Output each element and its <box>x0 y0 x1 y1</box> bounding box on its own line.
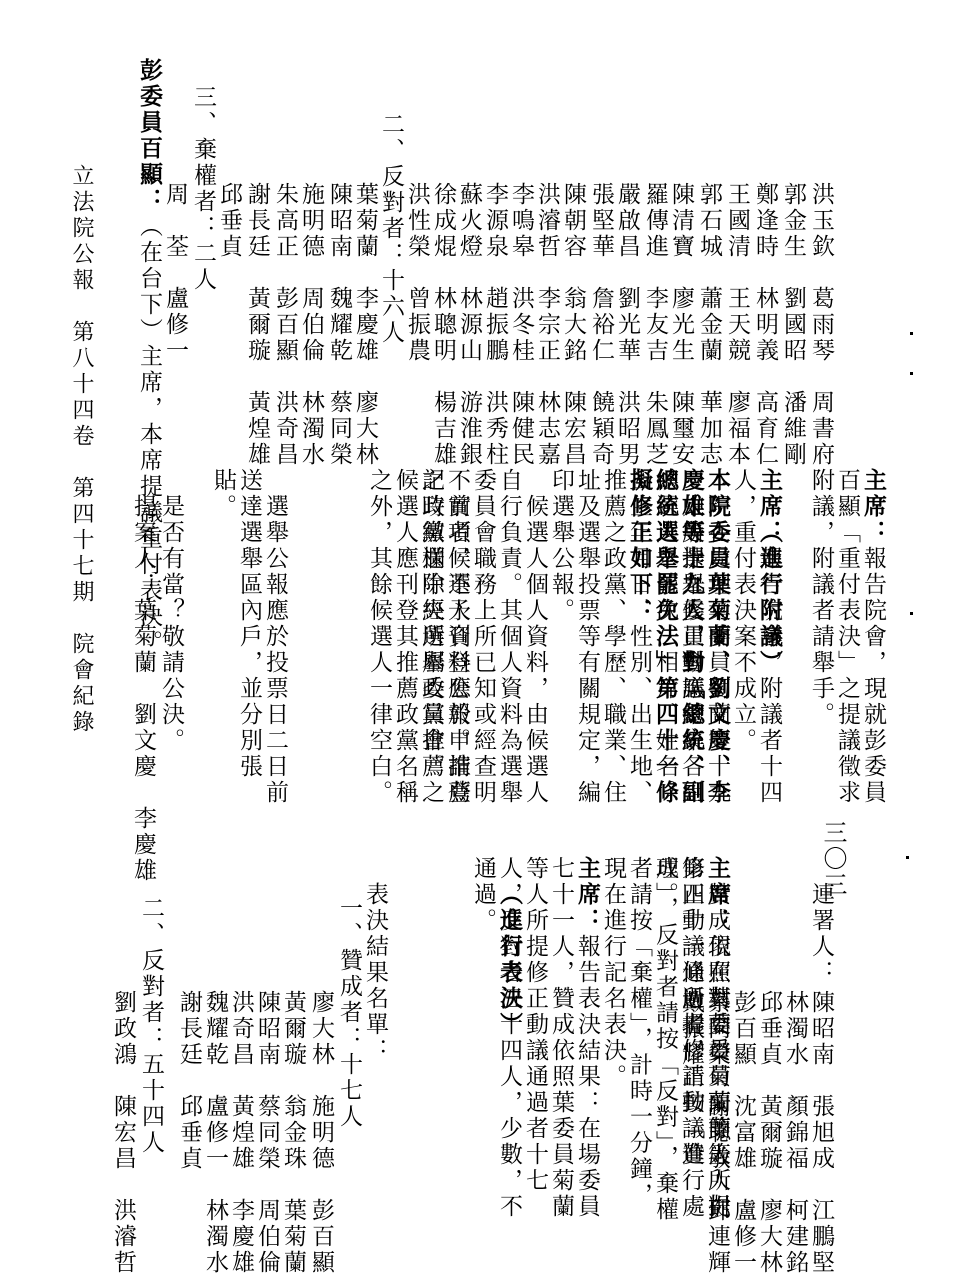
name-row: 謝長廷 黃爾璇 黃煌雄 <box>244 182 270 468</box>
name-row: 施明德 周伯倫 林濁水 <box>298 182 324 468</box>
name-row: 彭百顯 沈富雄 盧修一 <box>730 990 756 1276</box>
motion-paragraph-4: 選舉公報應於投票日二日前送達選舉區內戶，並分別張貼。 <box>210 468 288 830</box>
name-row: 邱垂貞 黃爾璇 廖大林 <box>756 990 782 1276</box>
name-row: 廖大林 施明德 彭百顯 <box>308 990 334 1276</box>
name-row: 洪性榮 曾振農 <box>404 182 430 364</box>
yes-heading: 一、贊成者：十七人 <box>336 896 362 1130</box>
name-row: 魏耀乾 盧修一 林濁水 <box>202 990 228 1276</box>
name-row: 洪奇昌 黃煌雄 李慶雄 <box>228 990 254 1276</box>
name-row: 郭石城 蕭金蘭 華加志 <box>696 182 722 468</box>
scan-dot <box>910 612 913 615</box>
name-row: 張堅華 詹裕仁 饒穎奇 <box>588 182 614 468</box>
motion-paragraph-5: 是否有當？敬請公決。 <box>158 494 184 754</box>
scan-dot <box>910 332 913 335</box>
peng-motion: 彭委員百顯：（在台下）主席，本席提議重付表決。 <box>136 58 162 488</box>
opposed-heading: 二、反對者：十六人 <box>378 112 404 346</box>
gazette-footer: 立法院公報 第八十四卷 第四十七期 院會紀錄 <box>66 164 97 736</box>
name-row: 陳昭南 蔡同榮 周伯倫 <box>254 990 280 1276</box>
name-row: 徐成焜 林聰明 楊吉雄 <box>430 182 456 468</box>
abstain-names: 周 荃 盧修一 <box>162 182 188 364</box>
chair-statement-2: 主席：報告院會，附議者十四人，重付表決案不成立。 <box>730 468 782 830</box>
name-row: 林濁水 顏錦福 柯建銘 <box>782 990 808 1276</box>
name-row: 蘇火燈 林源山 游淮銀 <box>456 182 482 468</box>
name-row: 朱高正 彭百顯 洪奇昌 <box>272 182 298 468</box>
name-row: 謝長廷 邱垂貞 <box>176 990 202 1172</box>
name-row: 洪玉欽 葛雨琴 周書府 <box>808 182 834 468</box>
name-row: 陳清寶 廖光生 陳璽安 <box>668 182 694 468</box>
name-row: 洪濬哲 李宗正 林志嘉 <box>534 182 560 468</box>
motion-paragraph-1: 中央選舉委員會應彙集各組候選人之號次、相片、姓名、出生年月日、性別、出生地、推薦… <box>548 468 704 830</box>
name-row: 王國清 王天競 廖福本 <box>724 182 750 468</box>
name-row: 陳昭南 魏耀乾 蔡同榮 <box>326 182 352 468</box>
page-number: 三〇三 <box>816 820 851 898</box>
chair-statement-4: 主席：報告表決結果：在場委員七十一人，贊成依照葉委員菊蘭等人所提修正動議通過者十… <box>470 856 600 1226</box>
scan-dot <box>910 372 913 375</box>
proposers: 提案人：葉菊蘭 劉文慶 李慶雄 <box>130 494 156 884</box>
abstain-heading: 三、棄權者：二人 <box>190 85 216 293</box>
name-row: 邱垂貞 <box>216 182 242 260</box>
name-row: 葉菊蘭 李慶雄 廖大林 <box>352 182 378 468</box>
name-row: 黃爾璇 翁金珠 葉菊蘭 <box>280 990 306 1276</box>
chair-statement-3-cont: 贊成依照葉委員菊蘭等人所提修正動議通過者，請按「贊成」，反對者請按「反對」，棄權… <box>600 856 730 1226</box>
name-row: 李源泉 趙振鵬 洪秀柱 <box>482 182 508 468</box>
name-row: 郭金生 劉國昭 潘維剛 <box>780 182 806 468</box>
result-list-title: 表決結果名單： <box>362 882 388 1064</box>
no-heading: 二、反對者：五十四人 <box>138 896 164 1156</box>
name-row: 嚴啟昌 劉光華 洪昭男 <box>614 182 640 468</box>
chair-statement-1: 主席：報告院會，現就彭委員百顯「重付表決」之提議徵求附議，附議者請舉手。 <box>808 468 886 830</box>
no-names: 劉政鴻 陳宏昌 洪濬哲 <box>110 990 136 1276</box>
name-row: 陳昭南 張旭成 江鵬堅 <box>808 990 834 1276</box>
name-row: 李鳴皋 洪冬桂 陳健民 <box>508 182 534 468</box>
motion-paragraph-3: 候選人個人資料，由候選人自行負責。其個人資料為選舉委員會職務上所已知或經查明不實… <box>366 468 548 830</box>
name-row: 羅傳進 李友吉 朱鳳芝 <box>642 182 668 468</box>
scan-dot <box>906 856 909 859</box>
name-row: 鄭逢時 林明義 高育仁 <box>752 182 778 468</box>
name-row: 陳朝容 翁大銘 陳宏昌 <box>560 182 586 468</box>
